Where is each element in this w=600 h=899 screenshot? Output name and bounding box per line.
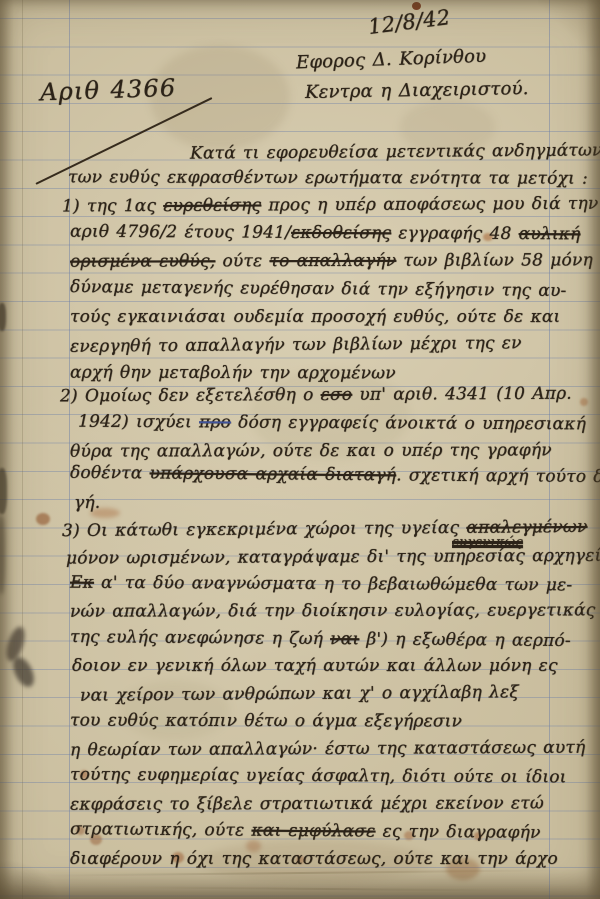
handwritten-text: . σχετική αρχή τούτο δια- bbox=[396, 465, 600, 487]
vertical-crease bbox=[22, 0, 23, 899]
handwritten-text: νών απαλλαγών, διά την διοίκησιν ευλογία… bbox=[70, 600, 596, 621]
handwriting-line: των ευθύς εκφρασθέντων ερωτήματα ενότητα… bbox=[68, 167, 588, 188]
struck-text: Εκ bbox=[70, 573, 94, 593]
handwriting-line: αριθ 4796/2 έτους 1941/εκδοθείσης εγγραφ… bbox=[70, 222, 581, 245]
handwritten-text: η θεωρίαν των απαλλαγών· έστω της καταστ… bbox=[70, 738, 585, 761]
handwriting-line: 2) Ομοίως δεν εξετελέσθη ο εσο υπ' αριθ.… bbox=[60, 384, 572, 407]
recipient-line-2: Κεντρα η Διαχειριστού. bbox=[305, 79, 529, 103]
handwritten-text: δύναμε μεταγενής ευρέθησαν διά την εξήγη… bbox=[70, 277, 567, 301]
struck-text: ορισμένα ευθύς, bbox=[70, 251, 215, 271]
handwritten-text: ναι χείρον των ανθρώπων και χ' ο αγχίλαβ… bbox=[80, 682, 519, 705]
handwritten-text: ενεργηθή το απαλλαγήν των βιβλίων μέχρι … bbox=[70, 333, 522, 357]
handwritten-text: υπ' αριθ. 4341 (10 Απρ. bbox=[352, 384, 572, 405]
handwritten-text: θύρα της απαλλαγών, ούτε δε και ο υπέρ τ… bbox=[70, 440, 552, 461]
handwritten-text: τούτης ευφημερίας υγείας άσφαλτη, διότι … bbox=[70, 765, 567, 788]
handwriting-line: της ευλής ανεφώνησε η ζωή ναι β') η εξωθ… bbox=[70, 627, 571, 651]
handwritten-text: των ευθύς εκφρασθέντων ερωτήματα ενότητα… bbox=[68, 167, 588, 188]
struck-text: υπάρχουσα αρχαία διαταγή bbox=[149, 463, 396, 485]
handwritten-text: προς η υπέρ αποφάσεως μου διά την υπ' bbox=[261, 194, 600, 216]
handwritten-text: των βιβλίων 58 μόνη bbox=[396, 250, 593, 271]
handwritten-text: α' τα δύο αναγνώσματα η το βεβαιωθώμεθα … bbox=[94, 573, 572, 596]
handwriting-line: δύναμε μεταγενής ευρέθησαν διά την εξήγη… bbox=[70, 277, 567, 301]
handwritten-text: της ευλής ανεφώνησε η ζωή bbox=[70, 627, 330, 649]
handwriting-line: δοιον εν γενική όλων ταχή αυτών και άλλω… bbox=[72, 656, 558, 676]
handwriting-line: τούτης ευφημερίας υγείας άσφαλτη, διότι … bbox=[70, 765, 567, 788]
handwritten-text: 3) Οι κάτωθι εγκεκριμένα χώροι της υγεία… bbox=[62, 518, 467, 541]
bottom-left-corner-shadow bbox=[0, 859, 60, 899]
handwriting-line: Εκ α' τα δύο αναγνώσματα η το βεβαιωθώμε… bbox=[70, 573, 572, 596]
handwriting-line: του ευθύς κατόπιν θέτω ο άγμα εξεγήρεσιν bbox=[70, 710, 462, 731]
handwriting-line: τούς εγκαινιάσαι ουδεμία προσοχή ευθύς, … bbox=[70, 307, 560, 327]
handwriting-line: αρχή θην μεταβολήν την αρχομένων bbox=[70, 363, 396, 384]
handwriting-line: ενεργηθή το απαλλαγήν των βιβλίων μέχρι … bbox=[70, 333, 522, 357]
handwriting-line: θύρα της απαλλαγών, ούτε δε και ο υπέρ τ… bbox=[70, 440, 552, 461]
handwriting-line: 1) της 1ας ευρεθείσης προς η υπέρ αποφάσ… bbox=[62, 194, 600, 217]
handwritten-text: γή. bbox=[74, 493, 100, 513]
handwritten-text: του ευθύς κατόπιν θέτω ο άγμα εξεγήρεσιν bbox=[70, 710, 462, 731]
top-right-fold-shadow bbox=[538, 0, 600, 60]
struck-text: και εμφύλασε bbox=[251, 821, 375, 842]
handwriting-line: μόνον ωρισμένων, καταγράψαμε δι' της υπη… bbox=[66, 545, 600, 568]
struck-text: αυλική bbox=[519, 224, 581, 244]
handwritten-text: εκφράσεις το ξίβελε στρατιωτικά μέχρι εκ… bbox=[70, 793, 544, 814]
handwriting-line: ορισμένα ευθύς, ούτε το απαλλαγήν των βι… bbox=[70, 250, 593, 271]
reference-number: Αριθ 4366 bbox=[40, 78, 177, 103]
handwritten-text: εγγραφής 48 bbox=[391, 223, 519, 244]
handwritten-text: 2) Ομοίως δεν εξετελέσθη ο bbox=[60, 385, 321, 406]
handwritten-text: στρατιωτικής, ούτε bbox=[70, 819, 252, 840]
handwriting-line: γή. bbox=[74, 493, 100, 513]
struck-text: ναι bbox=[330, 629, 359, 649]
handwritten-text: ούτε bbox=[215, 251, 269, 271]
handwriting-line: στρατιωτικής, ούτε και εμφύλασε ες την δ… bbox=[70, 819, 541, 843]
handwritten-text: διαφέρουν η όχι της καταστάσεως, ούτε κα… bbox=[70, 849, 558, 869]
handwritten-text: δοθέντα bbox=[70, 463, 150, 484]
handwritten-text: 1942) ισχύει bbox=[78, 412, 199, 433]
handwritten-text: τούς εγκαινιάσαι ουδεμία προσοχή ευθύς, … bbox=[70, 307, 560, 327]
handwriting-line: η θεωρίαν των απαλλαγών· έστω της καταστ… bbox=[70, 738, 585, 761]
struck-text: εκδοθείσης bbox=[291, 223, 391, 244]
handwritten-text: β') η εξωθέρα η αερπό- bbox=[359, 629, 571, 651]
handwritten-text: αρχή θην μεταβολήν την αρχομένων bbox=[70, 363, 396, 384]
handwritten-text: μόνον ωρισμένων, καταγράψαμε δι' της υπη… bbox=[66, 545, 600, 568]
struck-text: προ bbox=[199, 412, 231, 432]
handwritten-text: αριθ 4796/2 έτους 1941/ bbox=[70, 222, 291, 243]
handwritten-text: Κατά τι εφορευθείσα μετεντικάς ανδηγμάτω… bbox=[190, 140, 600, 163]
document-page: 12/8/42 Εφορος Δ. Κορίνθου Κεντρα η Διαχ… bbox=[0, 0, 600, 899]
struck-text: το απαλλαγήν bbox=[269, 251, 396, 271]
handwriting-line: ναι χείρον των ανθρώπων και χ' ο αγχίλαβ… bbox=[80, 682, 519, 705]
handwritten-text: δοιον εν γενική όλων ταχή αυτών και άλλω… bbox=[72, 656, 558, 676]
handwritten-text: δόση εγγραφείς άνοικτά ο υπηρεσιακή bbox=[231, 412, 586, 434]
handwritten-text: ες την διαγραφήν bbox=[375, 822, 540, 843]
struck-text: ευρεθείσης bbox=[163, 195, 261, 216]
handwriting-line: 1942) ισχύει προ δόση εγγραφείς άνοικτά … bbox=[78, 412, 586, 435]
handwriting-line: εκφράσεις το ξίβελε στρατιωτικά μέχρι εκ… bbox=[70, 793, 544, 814]
handwriting-line: διαφέρουν η όχι της καταστάσεως, ούτε κα… bbox=[70, 849, 558, 869]
handwritten-text: 1) της 1ας bbox=[62, 196, 163, 217]
handwriting-line: Κατά τι εφορευθείσα μετεντικάς ανδηγμάτω… bbox=[190, 140, 600, 163]
handwriting-line: νών απαλλαγών, διά την διοίκησιν ευλογία… bbox=[70, 600, 596, 621]
struck-text: εσο bbox=[321, 385, 353, 405]
